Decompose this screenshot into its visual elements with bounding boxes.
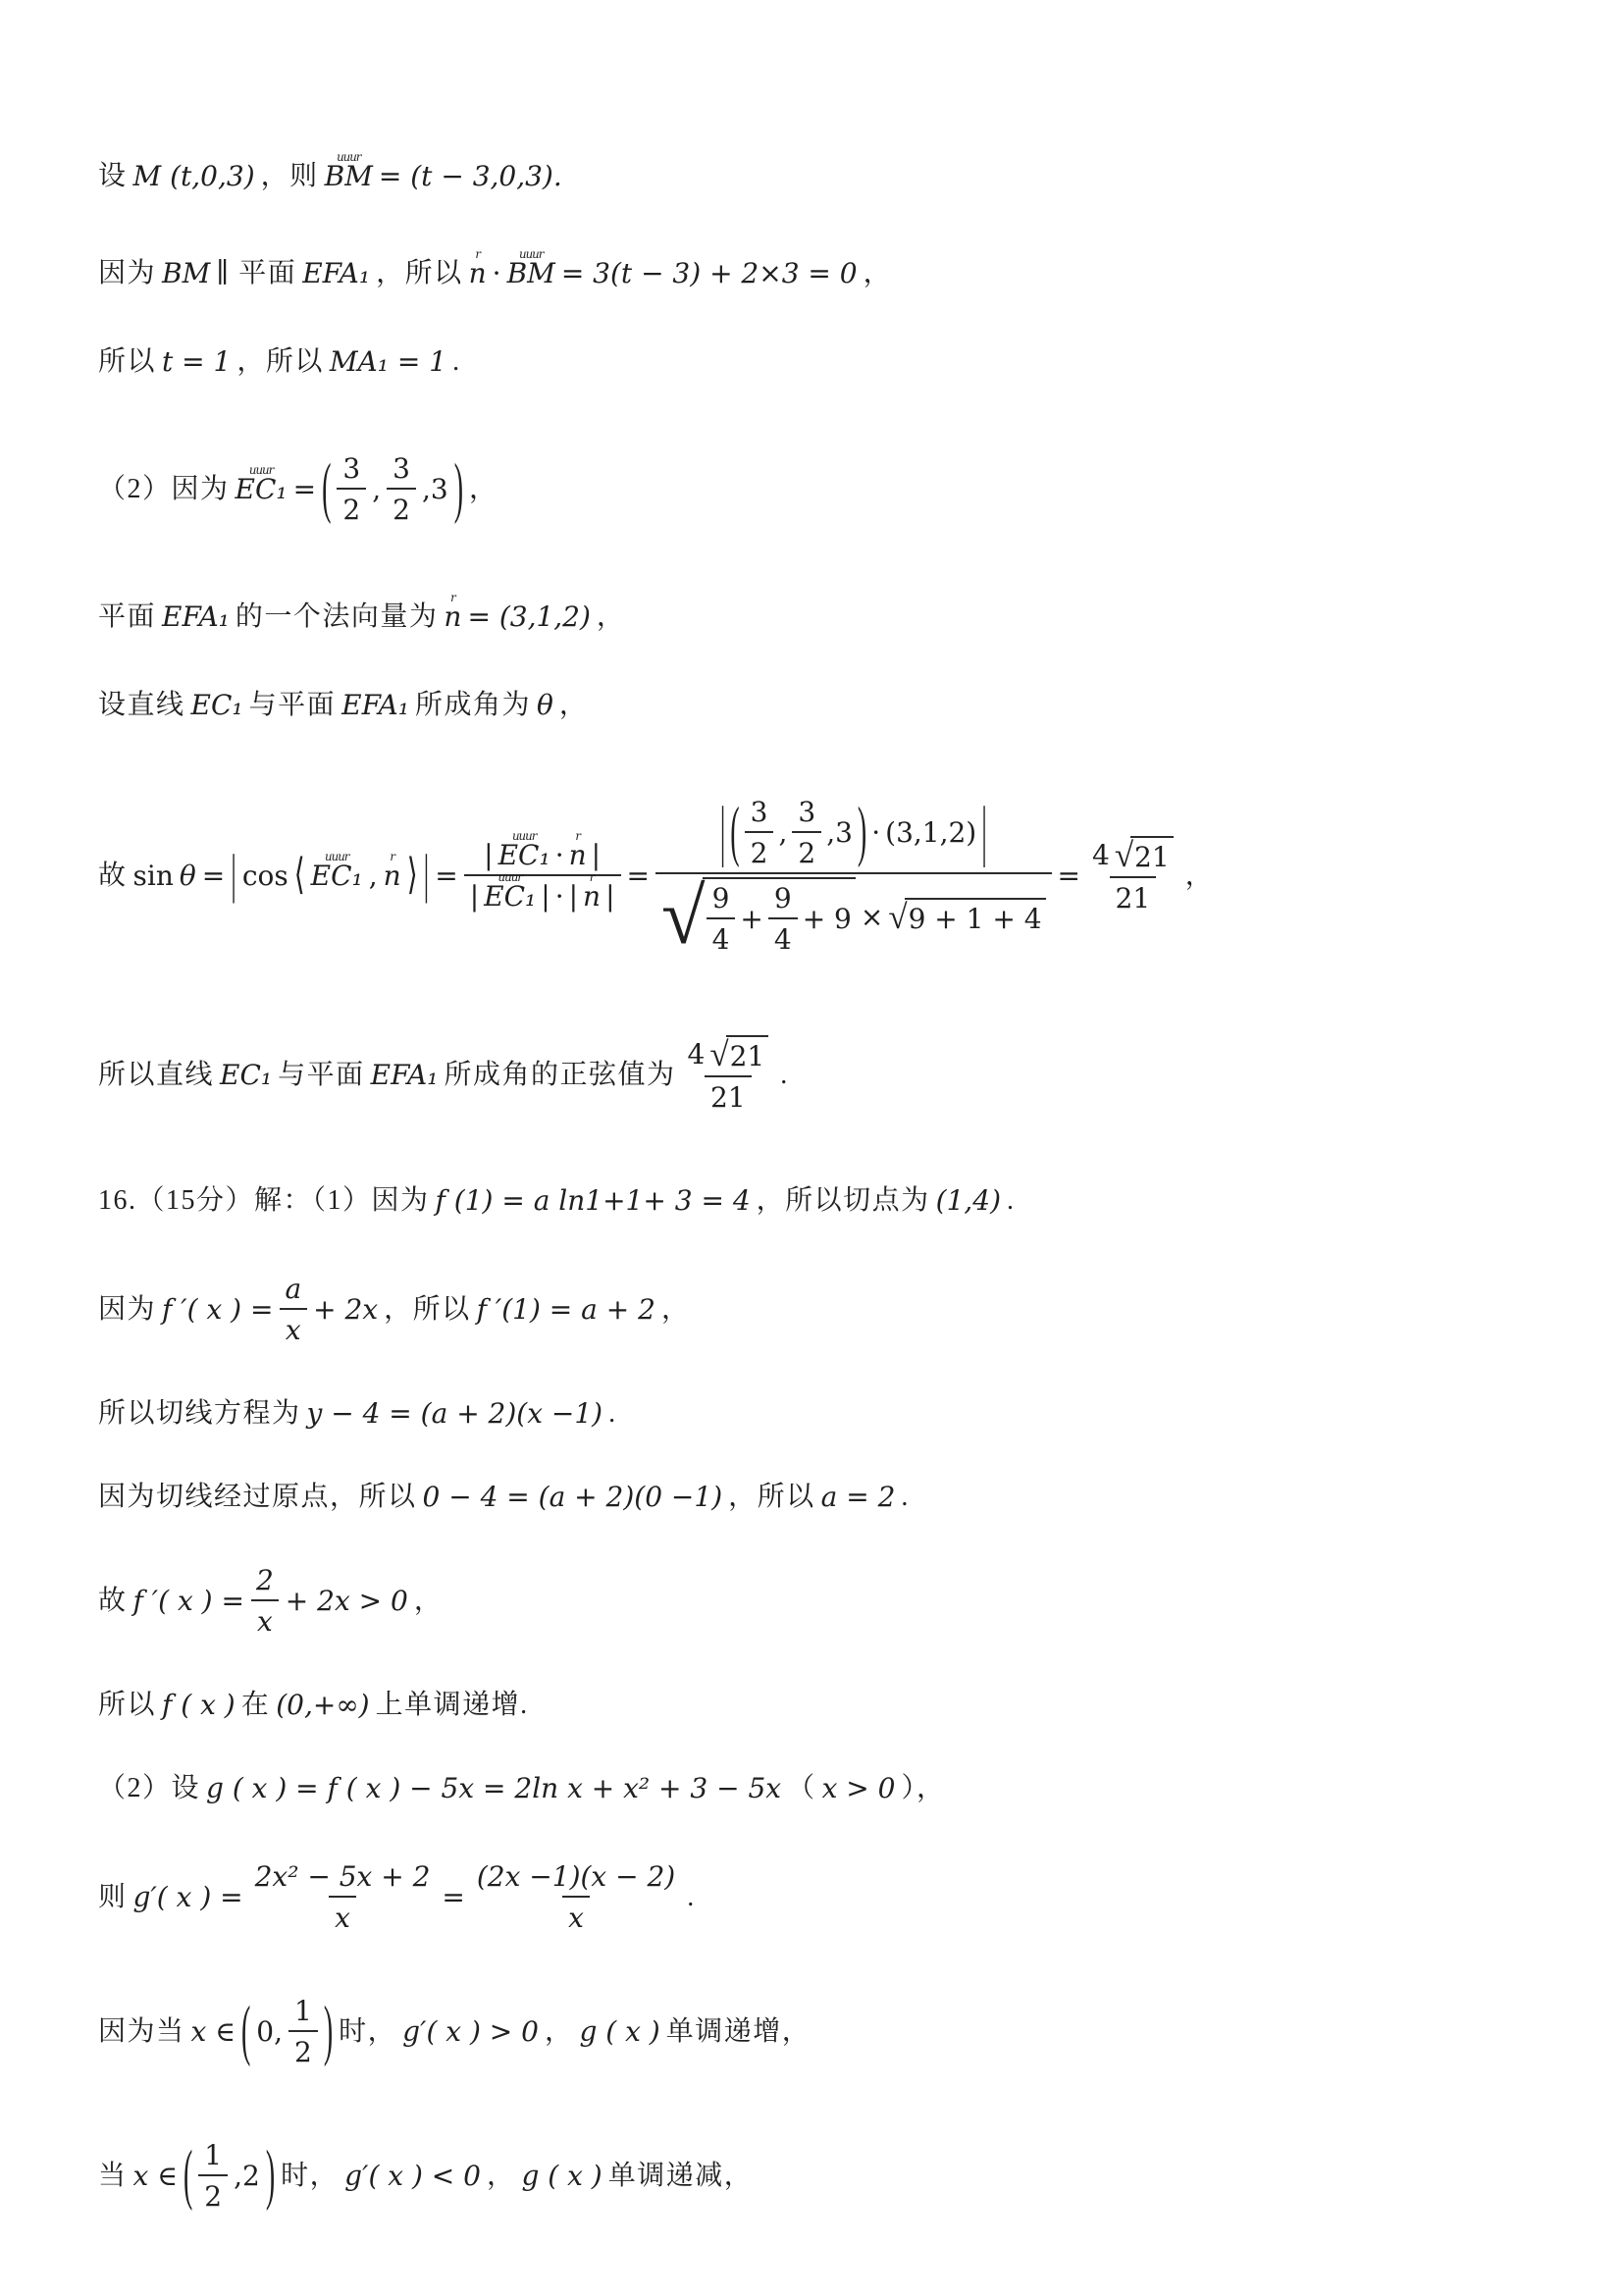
numerator: 2x² − 5x + 2 [249,1859,437,1896]
math-run: (3,1,2) [885,815,976,850]
abs-bar: | [484,838,493,872]
math-run: M (t,0,3) [133,159,255,193]
denominator: 21 [705,1075,752,1115]
vector-base: EC₁ [236,473,288,505]
numerator: (2x −1)(x − 2) [471,1859,681,1896]
math-run: a = 2 [821,1480,896,1514]
comma: , [369,859,378,893]
denominator: x [329,1896,356,1935]
dot-operator: · [555,879,564,913]
denominator: 2 [387,488,416,527]
vector-arrow: r [390,852,394,863]
numerator: a [279,1272,307,1308]
text-run: . [780,1058,789,1092]
math-run: (0,+∞) [276,1688,369,1722]
math-run: EC₁ [220,1058,272,1092]
text-run: ， [487,2159,516,2193]
denominator: 2 [198,2174,228,2214]
text-run: ）， [901,1771,945,1805]
text-run: 所成角的正弦值为 [445,1058,676,1092]
text-run: 所成角为 [415,688,531,722]
equals-sign: = [202,859,225,893]
math-run: f ′(1) = a + 2 [477,1292,655,1327]
text-run: ，所以切点为 [757,1183,930,1218]
abs-bar: | [231,842,236,909]
text-run: ，所以 [236,344,324,379]
abs-bar: | [470,879,479,913]
text-run: 当 [98,2159,128,2193]
text-run: 平面 [98,600,156,634]
comma: , [372,472,381,506]
radical-sign: √ [661,877,706,957]
denominator: 2 [745,831,774,870]
math-run: BM [162,256,210,290]
equals-sign: = [442,1880,464,1914]
text-run: 与平面 [249,688,337,722]
vector-arrow: uuur [512,831,536,843]
line-f-increasing: 所以 f ( x ) 在 (0,+∞) 上单调递增. [98,1688,1495,1722]
line-fprime-positive: 故 f ′( x ) = 2x + 2x > 0 ， [98,1563,1495,1639]
equals-sign: = [435,859,457,893]
vector-arrow: uuur [519,249,543,261]
fraction: 12 [198,2138,228,2214]
fraction: 2x² − 5x + 2x [249,1859,437,1935]
math-run: f ( x ) [162,1688,236,1722]
abs-bar: | [541,879,550,913]
numerator: 9 [707,881,736,917]
left-paren: ( [322,447,331,532]
vector-n: rn [384,859,401,893]
text-run: . [452,344,461,379]
numerator: 3 [387,451,416,488]
square-root: √21 [1115,836,1174,874]
coefficient: 4 [688,1037,706,1071]
text-run: ，所以 [376,256,463,290]
right-paren: ) [858,791,866,875]
line-gprime-formula: 则 g′( x ) = 2x² − 5x + 2x = (2x −1)(x − … [98,1859,1495,1935]
text-run: . [901,1480,910,1514]
text-run: （ [787,1771,816,1805]
math-run: EFA₁ [162,600,230,634]
math-run: f ′( x ) = [162,1292,273,1327]
text-run: ， [545,2014,574,2049]
text-run: 的一个法向量为 [236,600,439,634]
math-run: g′( x ) = [133,1880,243,1914]
text-run: 所以切线方程为 [98,1396,301,1431]
math-run: ,2 [234,2159,260,2193]
abs-bar: | [569,879,578,913]
abs-bar: | [605,879,614,913]
math-run: g ( x ) = f ( x ) − 5x = 2ln x + x² + 3 … [206,1771,781,1805]
times-operator: × [861,900,883,934]
vector-ec1: uuurEC₁ [498,838,550,872]
fraction: 2x [250,1563,280,1639]
vector-ec1: uuurEC₁ [484,879,536,913]
comma: , [778,815,787,850]
math-run: f (1) = a ln1+1+ 3 = 4 [436,1183,751,1218]
vector-base: n [469,257,487,289]
equals-sign: = [1058,859,1080,893]
abs-bar: | [981,791,987,875]
text-run: 故 [98,859,128,893]
math-operator: · [493,256,501,290]
denominator: 2 [288,2030,318,2069]
vector-arrow: uuur [498,872,522,884]
math-run: g ( x ) [521,2159,602,2193]
fraction: (2x −1)(x − 2)x [471,1859,681,1935]
vector-arrow: r [590,872,595,884]
dot-operator: · [555,838,564,872]
plus-operator: + [740,902,762,936]
fraction-result: 4 √21 21 [1086,836,1179,915]
numerator: 1 [288,1994,318,2030]
text-run: . [608,1396,617,1431]
text-run: ， [559,688,589,722]
math-run: t = 1 [162,344,231,379]
text-run: 因为 [98,256,156,290]
line-g-decreasing-interval: 当 x ∈ ( 12 ,2 ) 时， g′( x ) < 0 ， g ( x )… [98,2138,1495,2214]
line-t-equals-1: 所以 t = 1 ，所以 MA₁ = 1 . [98,344,1495,379]
vector-base: EC₁ [311,860,363,892]
right-paren: ) [454,447,463,532]
text-run: ，所以 [728,1480,815,1514]
math-run: ,3 [826,815,853,850]
denominator: 4 [707,917,736,957]
left-paren: ( [730,791,739,875]
line-define-angle-theta: 设直线 EC₁ 与平面 EFA₁ 所成角为 θ ， [98,688,1495,722]
vector-arrow: r [575,831,580,843]
line-bm-parallel-plane: 因为 BM ∥ 平面 EFA₁ ，所以 rn · uuurBM = 3(t − … [98,242,1495,290]
line-sine-value-conclusion: 所以直线 EC₁ 与平面 EFA₁ 所成角的正弦值为 4 √21 21 . [98,1035,1495,1115]
math-run: x ∈ [191,2014,236,2049]
text-run: 所以 [98,344,156,379]
fraction: 32 [792,795,821,870]
line-q16-part1: 16.（15分）解：（1）因为 f (1) = a ln1+1+ 3 = 4 ，… [98,1183,1495,1218]
sin-function: sin [133,859,174,893]
line-derivative-f: 因为 f ′( x ) = ax + 2x ，所以 f ′(1) = a + 2… [98,1272,1495,1347]
equals-sign: = [627,859,650,893]
vector-base: n [384,860,401,892]
text-run: ， [414,1584,444,1618]
numerator: 3 [745,795,774,831]
text-run: 上单调递增. [376,1688,529,1722]
text-run: 时， [281,2159,339,2193]
math-run: g′( x ) < 0 [344,2159,481,2193]
text-run: ∥ 平面 [216,256,296,290]
vector-n: rn [569,838,587,872]
math-run: f ′( x ) = [133,1584,244,1618]
fraction: 94 [707,881,736,957]
text-run: ， [597,600,626,634]
fraction: ax [279,1272,307,1347]
fraction: 94 [768,881,798,957]
vector-arrow: uuur [337,152,360,164]
vector-arrow: r [475,249,480,261]
theta-symbol: θ [180,859,196,893]
text-run: 设 [98,159,128,193]
fraction: 32 [337,451,366,527]
math-run: = (3,1,2) [467,600,590,634]
line-part2-define-g: （2）设 g ( x ) = f ( x ) − 5x = 2ln x + x²… [98,1771,1495,1805]
radicand: 21 [726,1035,769,1073]
radicand: 9 + 1 + 4 [905,898,1046,936]
text-run: 时， [339,2014,396,2049]
math-run: EFA₁ [302,256,370,290]
vector-base: BM [507,257,555,289]
numerator: 9 [768,881,798,917]
text-run: ， [661,1292,691,1327]
text-run: 16.（15分）解：（1）因为 [98,1183,430,1218]
math-run: EC₁ [191,688,243,722]
text-run: . [1007,1183,1016,1218]
math-run: + 2x > 0 [286,1584,408,1618]
vector-ec1: uuurEC₁ [236,472,288,506]
vector-arrow: uuur [249,465,273,477]
line-tangent-equation: 所以切线方程为 y − 4 = (a + 2)(x −1) . [98,1396,1495,1431]
math-run: ,3 [422,472,448,506]
math-run: g′( x ) > 0 [402,2014,539,2049]
right-paren: ) [266,2134,275,2218]
vector-arrow: r [450,593,455,604]
text-run: 所以 [98,1688,156,1722]
text-run: 在 [241,1688,271,1722]
denominator: x [562,1896,590,1935]
denominator: x [251,1599,279,1639]
right-angle-bracket: ⟩ [407,849,418,902]
text-run: ， [469,472,498,506]
math-run: y − 4 = (a + 2)(x −1) [307,1396,603,1431]
text-run: 因为切线经过原点，所以 [98,1480,417,1514]
line-g-increasing-interval: 因为当 x ∈ ( 0, 12 ) 时， g′( x ) > 0 ， g ( x… [98,1994,1495,2069]
math-run: θ [537,688,553,722]
math-run: = 3(t − 3) + 2×3 = 0 [561,256,858,290]
abs-bar: | [424,842,430,909]
numerator: 3 [337,451,366,488]
cos-function: cos [242,859,288,893]
math-run: MA₁ = 1 [330,344,446,379]
denominator: 2 [337,488,366,527]
text-run: （2）设 [98,1771,200,1805]
radicand: 21 [1130,836,1174,874]
vector-base: EC₁ [484,880,536,913]
denominator: x [280,1308,307,1347]
vector-base: n [444,600,461,633]
fraction-result: 4 √21 21 [682,1035,775,1115]
numerator: 1 [198,2138,228,2174]
math-run: EFA₁ [371,1058,439,1092]
math-run: x > 0 [822,1771,896,1805]
square-root: √ 9 + 1 + 4 [888,898,1045,936]
fraction: 12 [288,1994,318,2069]
math-run: x ∈ [133,2159,178,2193]
document-page: 设 M (t,0,3) ，则 uuurBM = (t − 3,0,3). 因为 … [0,0,1623,2296]
math-run: EFA₁ [341,688,409,722]
left-paren: ( [183,2134,192,2218]
text-run: 设直线 [98,688,185,722]
vector-n: rn [444,600,461,634]
vector-base: BM [325,160,373,192]
text-run: 单调递增， [666,2014,811,2049]
text-run: ，则 [261,159,319,193]
line-part2-ec1-vector: （2）因为 uuurEC₁ = ( 32 , 32 ,3 ) ， [98,438,1495,527]
vector-n: rn [469,256,487,290]
text-run: ， [864,256,893,290]
numerator: 3 [792,795,821,831]
vector-bm: uuurBM [325,159,373,193]
math-run: 0 − 4 = (a + 2)(0 −1) [423,1480,723,1514]
line-normal-vector: 平面 EFA₁ 的一个法向量为 rn = (3,1,2) ， [98,586,1495,634]
numerator: 2 [250,1563,280,1599]
vector-base: EC₁ [498,839,550,871]
line-through-origin: 因为切线经过原点，所以 0 − 4 = (a + 2)(0 −1) ，所以 a … [98,1480,1495,1514]
text-run: 单调递减， [608,2159,754,2193]
math-run: 0, [256,2014,283,2049]
math-run: + 2x [313,1292,378,1327]
equals-sign: = [293,472,316,506]
math-run: (1,4) [936,1183,1001,1218]
vector-n: rn [583,879,601,913]
left-angle-bracket: ⟨ [294,849,305,902]
text-run: 因为当 [98,2014,185,2049]
line-set-point-m: 设 M (t,0,3) ，则 uuurBM = (t − 3,0,3). [98,145,1495,193]
abs-bar: | [720,791,726,875]
denominator: 4 [768,917,798,957]
left-paren: ( [241,1990,250,2074]
line-sin-theta-equation: 故 sin θ = | cos ⟨ uuurEC₁ , rn ⟩ | = | u… [98,781,1495,957]
vector-arrow: uuur [325,852,348,863]
abs-bar: | [592,838,601,872]
vector-bm: uuurBM [507,256,555,290]
fraction-numeric-evaluation: | ( 32 , 32 ,3 ) · (3,1,2) | √ 94 + 94 [655,795,1052,957]
vector-base: n [583,880,601,913]
fraction: 32 [387,451,416,527]
text-run: 因为 [98,1292,156,1327]
square-root: √ 94 + 94 + 9 [661,877,856,957]
math-run: g ( x ) [579,2014,659,2049]
text-run: 故 [98,1584,128,1618]
denominator: 2 [792,831,821,870]
fraction-dot-product: | uuurEC₁ · rn | | uuurEC₁ | · | rn | [464,838,621,913]
text-run: . [687,1880,696,1914]
vector-ec1: uuurEC₁ [311,859,363,893]
math-run: = (t − 3,0,3). [379,159,562,193]
vector-base: n [569,839,587,871]
text-run: （2）因为 [98,472,230,506]
right-paren: ) [324,1990,333,2074]
text-run: 则 [98,1880,128,1914]
coefficient: 4 [1092,838,1110,872]
denominator: 21 [1110,876,1157,915]
fraction: 32 [745,795,774,870]
dot-operator: · [871,815,880,850]
square-root: √21 [709,1035,768,1073]
text-run: 所以直线 [98,1058,214,1092]
text-run: ，所以 [384,1292,471,1327]
text-run: 与平面 [278,1058,365,1092]
math-run: + 9 [803,902,852,936]
text-run: ， [1185,859,1215,893]
